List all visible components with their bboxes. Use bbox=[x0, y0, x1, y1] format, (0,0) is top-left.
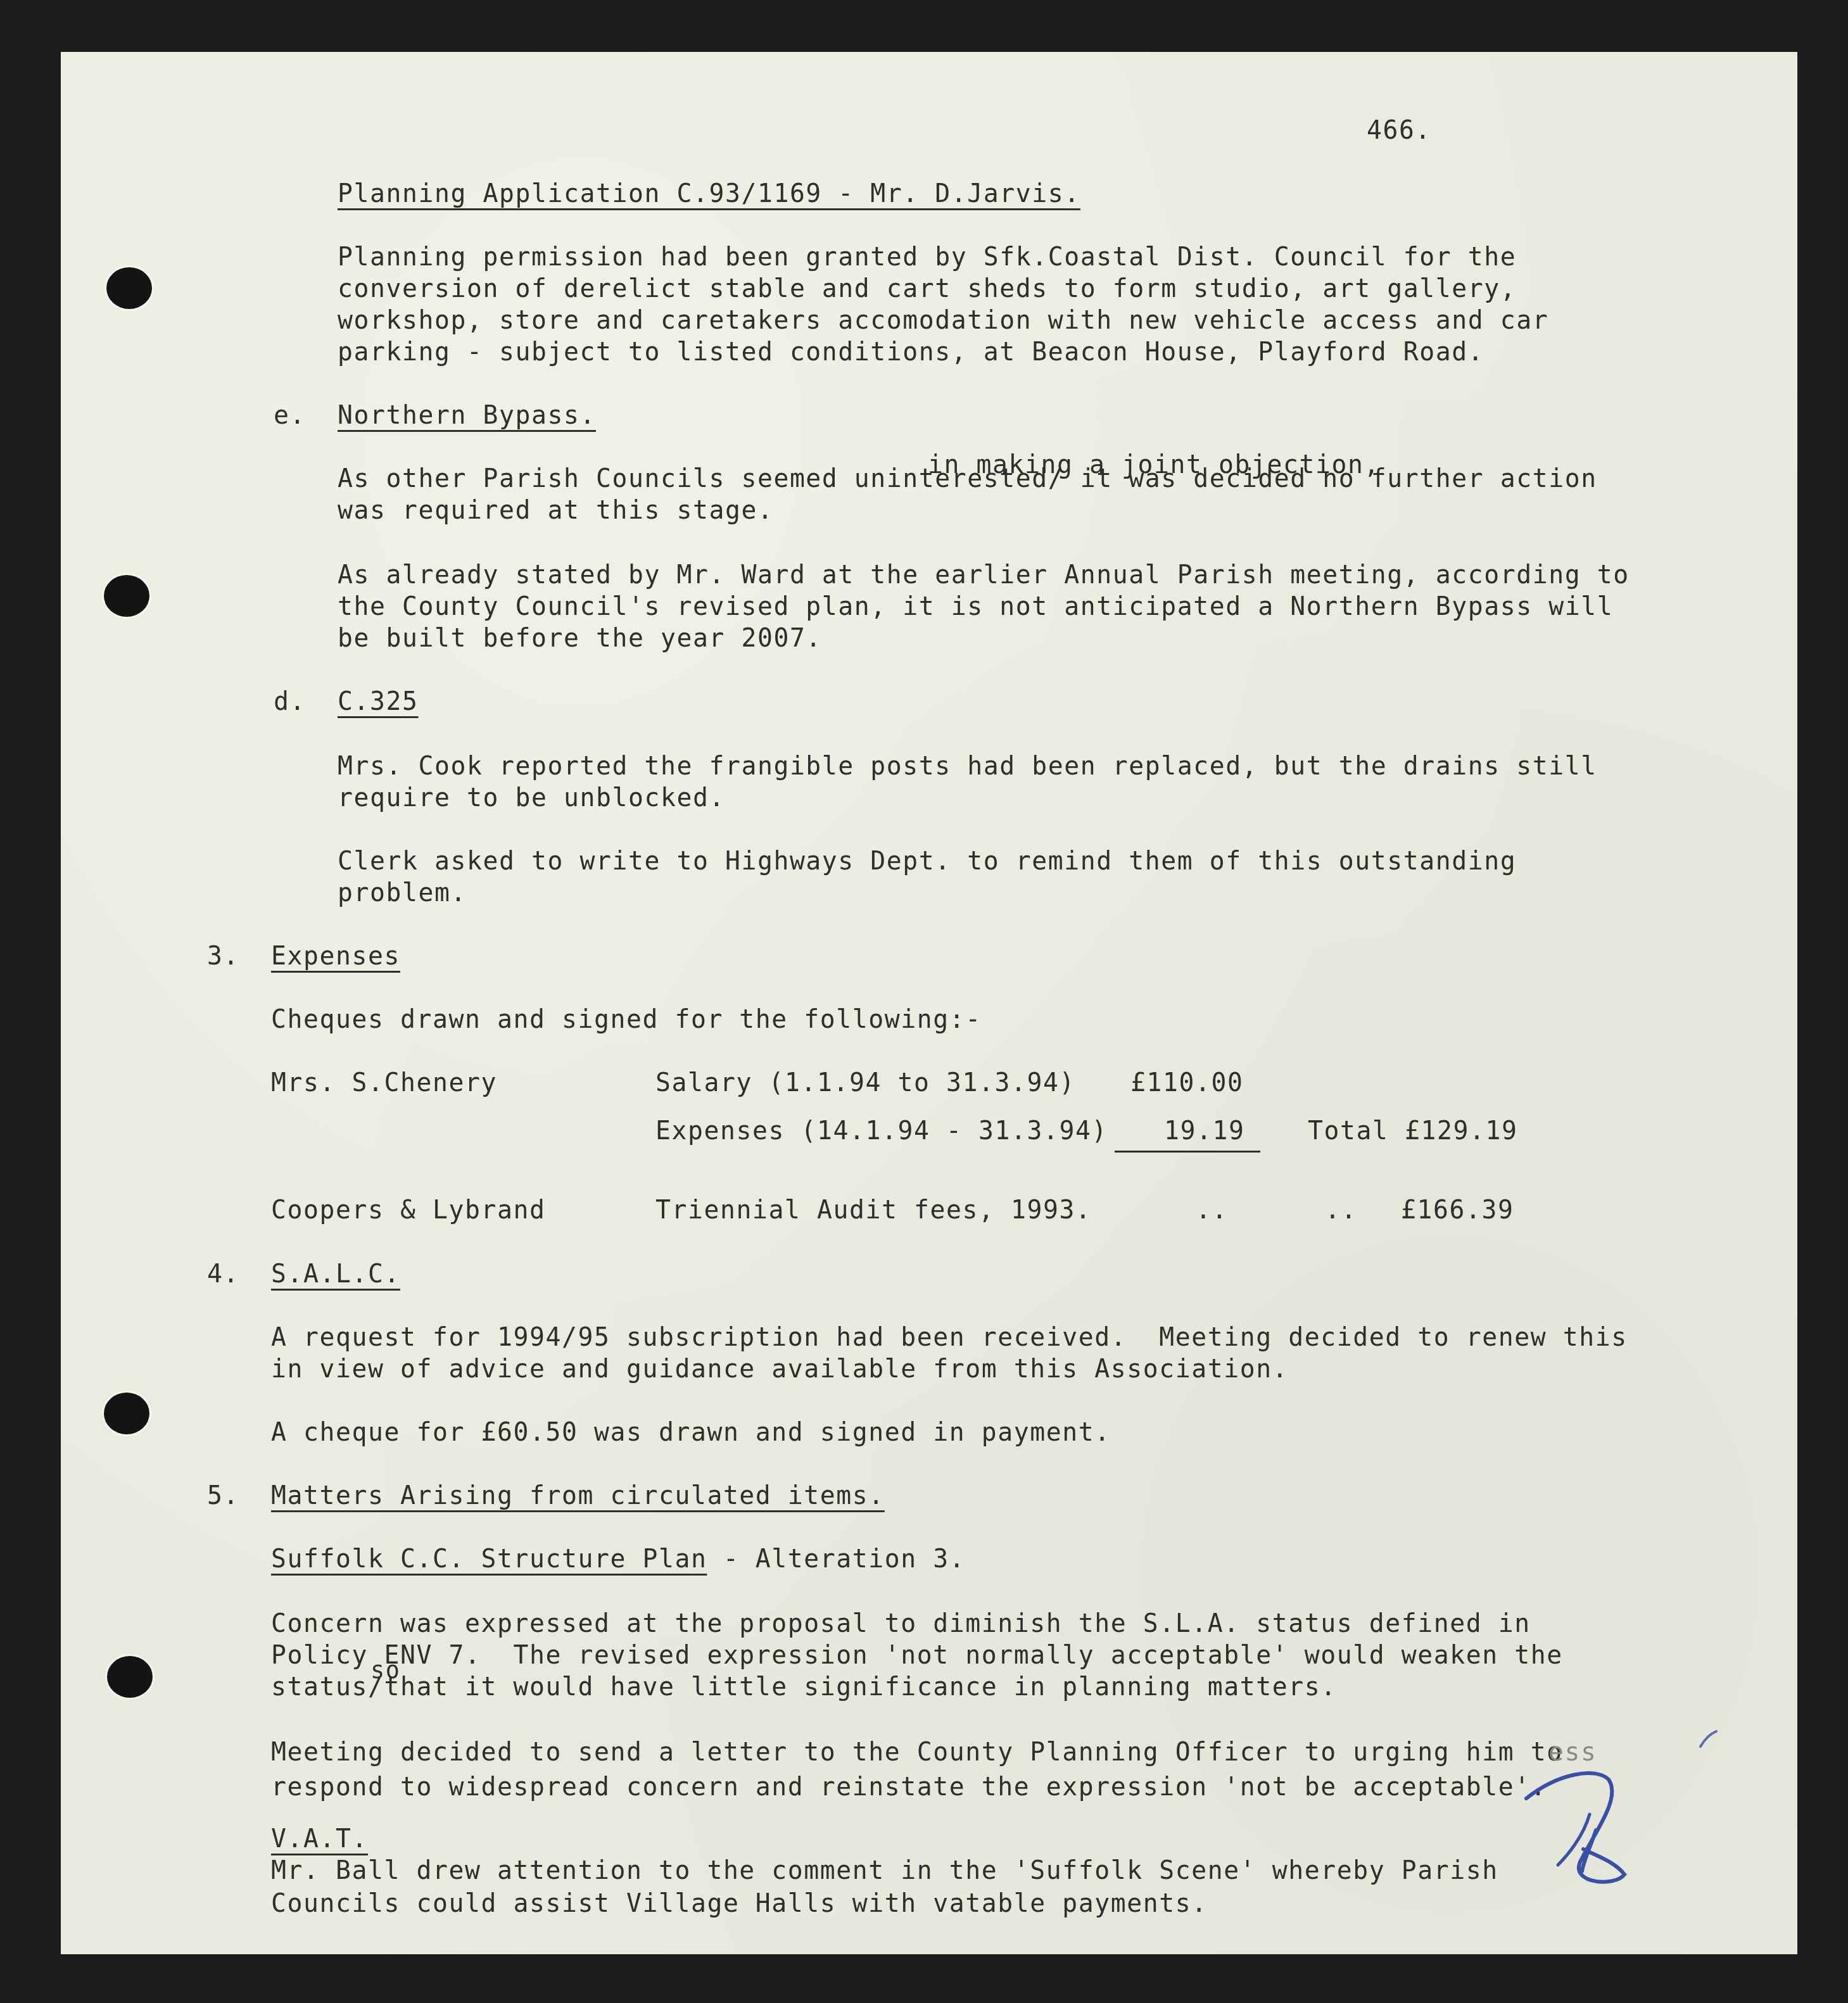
expense-total: £166.39 bbox=[1401, 1194, 1514, 1225]
text-line: respond to widespread concern and reinst… bbox=[271, 1771, 1547, 1802]
text-line: Policy ENV 7. The revised expression 'no… bbox=[271, 1639, 1563, 1671]
text-line: Mrs. Cook reported the frangible posts h… bbox=[338, 750, 1597, 781]
planning-application-heading: Planning Application C.93/1169 - Mr. D.J… bbox=[338, 177, 1080, 209]
text-line: require to be unblocked. bbox=[338, 781, 725, 813]
text-line: workshop, store and caretakers accomodat… bbox=[338, 304, 1548, 336]
text-line: the County Council's revised plan, it is… bbox=[338, 590, 1613, 622]
section-number: 5. bbox=[207, 1479, 239, 1511]
expense-amount: 19.19 bbox=[1164, 1115, 1244, 1146]
text-line: parking - subject to listed conditions, … bbox=[338, 336, 1484, 367]
handwritten-initials-icon bbox=[1520, 1754, 1659, 1893]
expense-amount: £110.00 bbox=[1130, 1066, 1243, 1098]
payee: Coopers & Lybrand bbox=[271, 1194, 545, 1225]
page-number: 466. bbox=[1367, 114, 1431, 146]
text-line: status/that it would have little signifi… bbox=[271, 1671, 1337, 1702]
text-line: conversion of derelict stable and cart s… bbox=[338, 272, 1516, 304]
text-line: was required at this stage. bbox=[338, 494, 773, 526]
punch-hole bbox=[104, 1393, 149, 1434]
expenses-heading: Expenses bbox=[271, 940, 400, 971]
text-line: Meeting decided to send a letter to the … bbox=[271, 1736, 1563, 1767]
text-line: As other Parish Councils seemed unintere… bbox=[338, 462, 1597, 494]
pen-mark-icon bbox=[1697, 1728, 1723, 1753]
subtotal-rule bbox=[1115, 1151, 1260, 1153]
structure-plan-subtitle: - Alteration 3. bbox=[707, 1543, 965, 1574]
text-line: Councils could assist Village Halls with… bbox=[271, 1887, 1208, 1919]
structure-plan-heading: Suffolk C.C. Structure Plan - Alteration… bbox=[271, 1543, 965, 1574]
punch-hole bbox=[104, 575, 149, 617]
text-line: Planning permission had been granted by … bbox=[338, 241, 1516, 272]
text-line: A request for 1994/95 subscription had b… bbox=[271, 1321, 1628, 1353]
text-line: A cheque for £60.50 was drawn and signed… bbox=[271, 1416, 1111, 1448]
salc-heading: S.A.L.C. bbox=[271, 1258, 400, 1289]
section-number: 4. bbox=[207, 1258, 239, 1289]
expense-item: Salary (1.1.94 to 31.3.94) bbox=[655, 1066, 1075, 1098]
text-line: As already stated by Mr. Ward at the ear… bbox=[338, 559, 1630, 590]
punch-hole bbox=[106, 267, 152, 309]
leader-dots: .. bbox=[1325, 1194, 1357, 1225]
leader-dots: .. bbox=[1196, 1194, 1228, 1225]
text-line: Mr. Ball drew attention to the comment i… bbox=[271, 1854, 1498, 1886]
c325-heading: C.325 bbox=[338, 685, 418, 717]
expense-total: Total £129.19 bbox=[1308, 1115, 1517, 1146]
section-label: e. bbox=[274, 399, 306, 431]
text-line: be built before the year 2007. bbox=[338, 622, 822, 654]
expense-item: Expenses (14.1.94 - 31.3.94) bbox=[655, 1115, 1108, 1146]
text-line: Clerk asked to write to Highways Dept. t… bbox=[338, 845, 1516, 876]
punch-hole bbox=[107, 1656, 153, 1698]
text-line: Concern was expressed at the proposal to… bbox=[271, 1607, 1531, 1639]
expense-item: Triennial Audit fees, 1993. bbox=[655, 1194, 1091, 1225]
expenses-intro: Cheques drawn and signed for the followi… bbox=[271, 1003, 982, 1035]
text-line: in view of advice and guidance available… bbox=[271, 1353, 1288, 1384]
vat-heading: V.A.T. bbox=[271, 1823, 368, 1854]
section-label: d. bbox=[274, 685, 306, 717]
northern-bypass-heading: Northern Bypass. bbox=[338, 399, 596, 431]
payee: Mrs. S.Chenery bbox=[271, 1066, 497, 1098]
section-number: 3. bbox=[207, 940, 239, 971]
text-line: problem. bbox=[338, 876, 467, 908]
matters-heading: Matters Arising from circulated items. bbox=[271, 1479, 885, 1511]
structure-plan-title: Suffolk C.C. Structure Plan bbox=[271, 1543, 707, 1574]
